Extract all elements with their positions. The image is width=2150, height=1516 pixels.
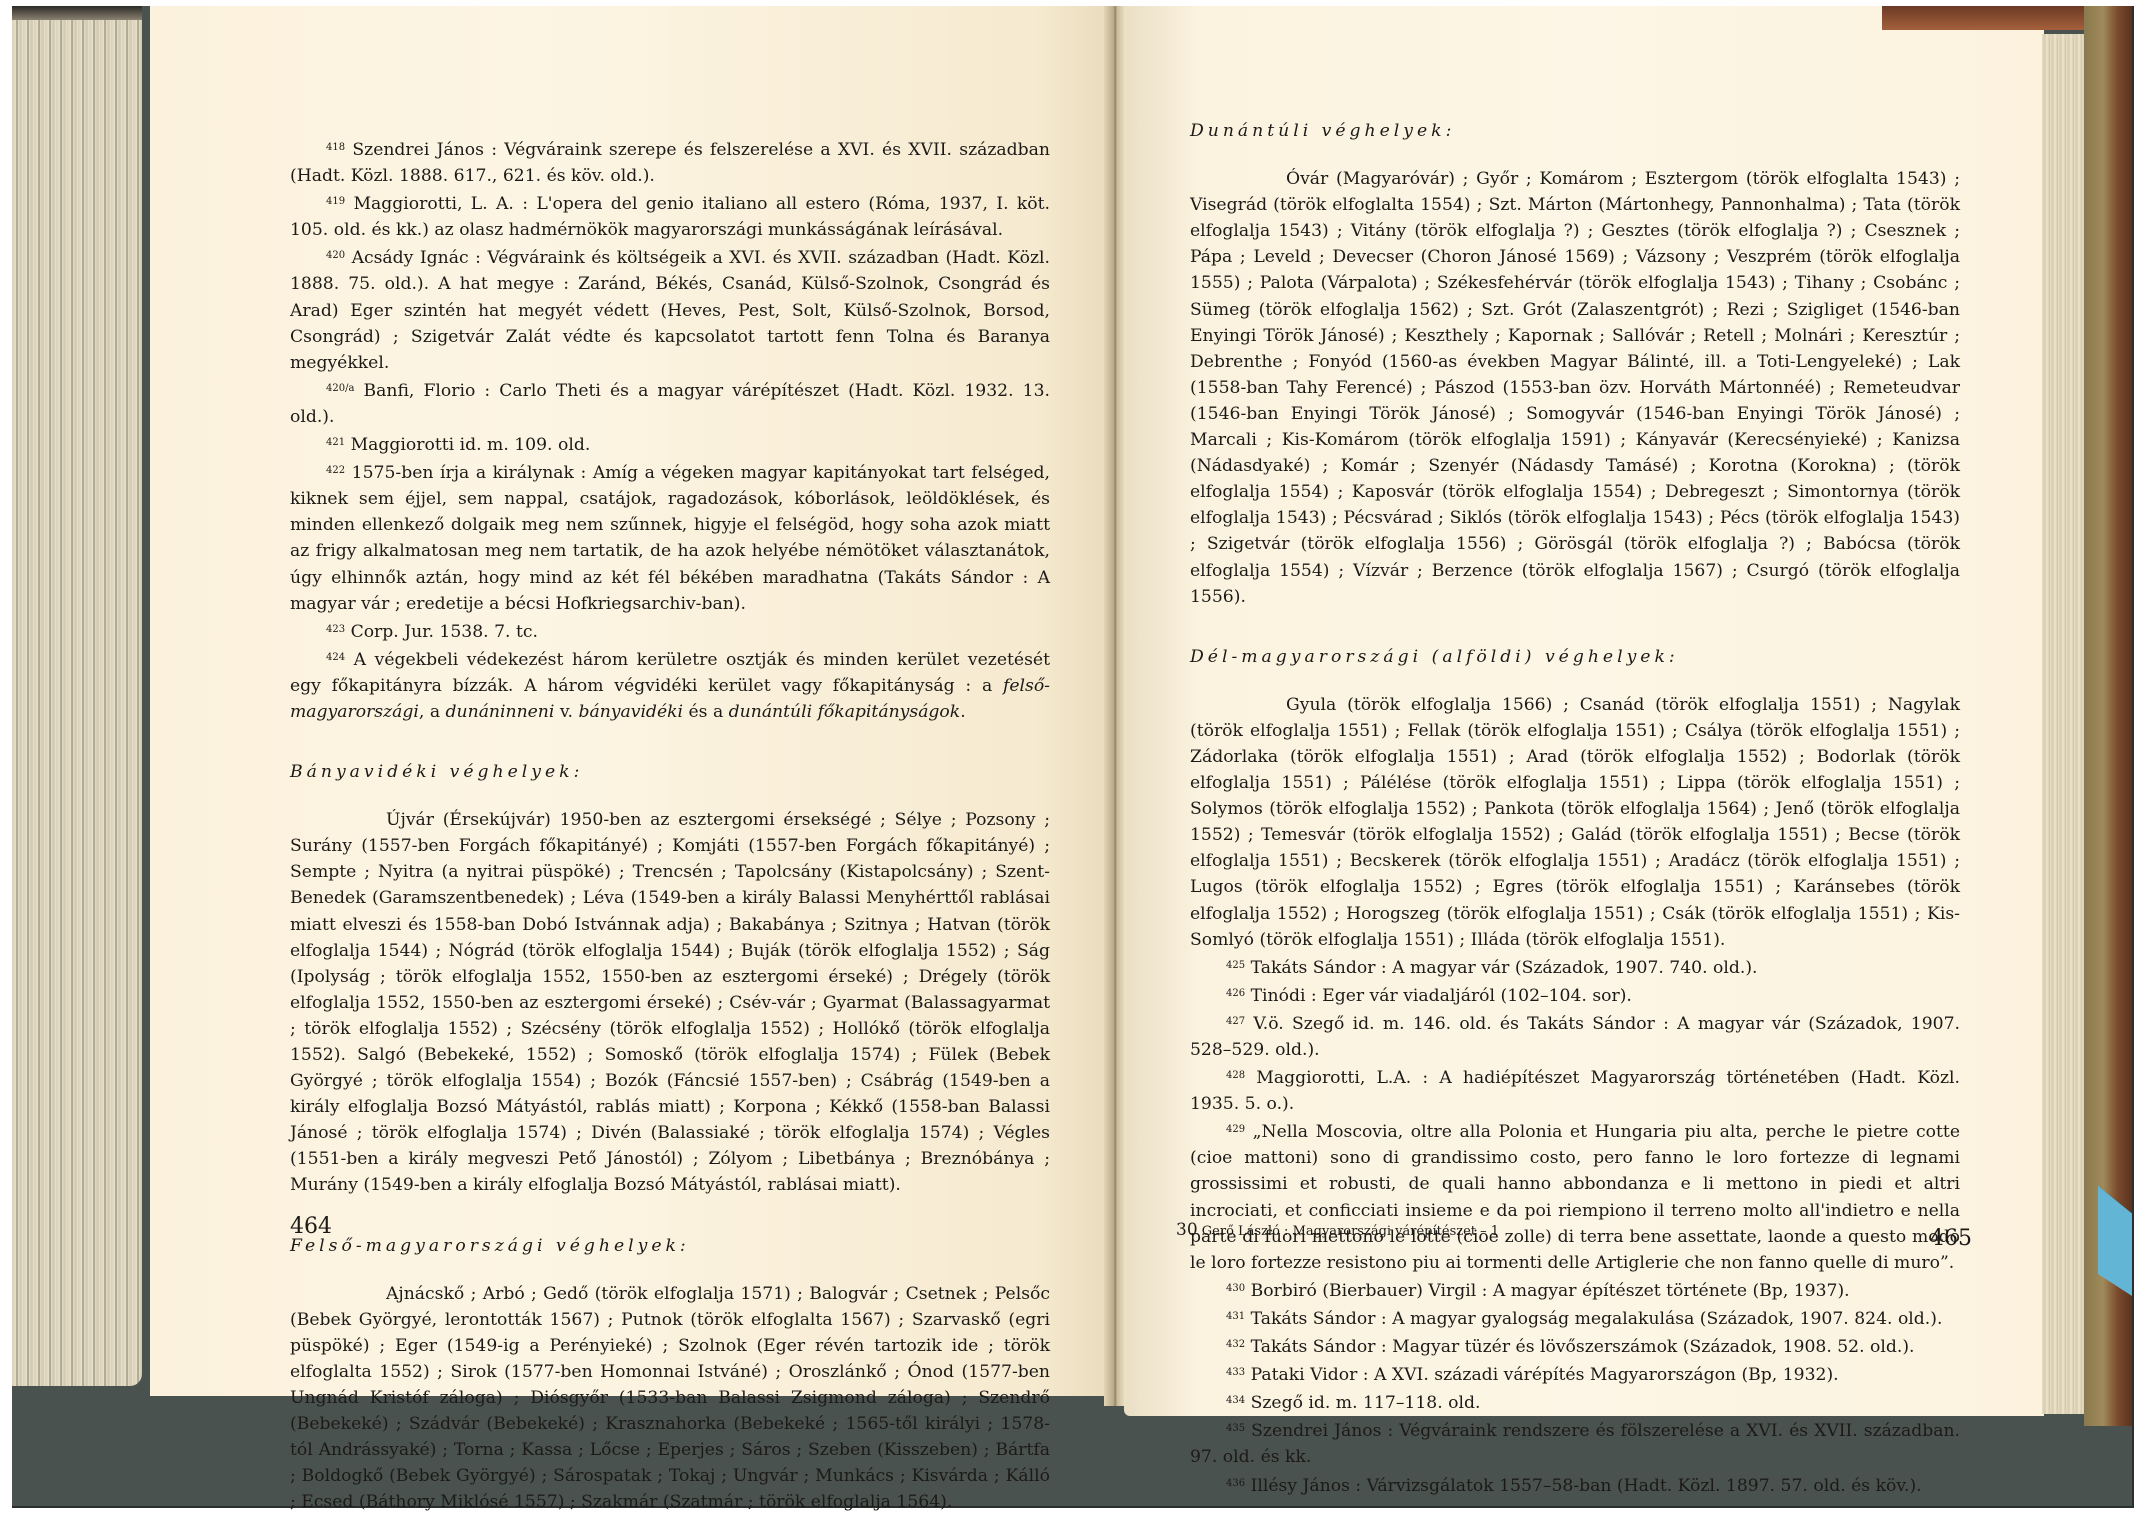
footnote-434: 434 Szegő id. m. 117–118. old. bbox=[1190, 1388, 1960, 1416]
signature-line: 30 Gerő László : Magyarországi várépítés… bbox=[1176, 1220, 1499, 1240]
section-body-felso: Ajnácskő ; Arbó ; Gedő (török elfoglalja… bbox=[290, 1281, 1050, 1516]
footnote-423: 423 Corp. Jur. 1538. 7. tc. bbox=[290, 617, 1050, 645]
section-heading-del: Dél-magyarországi (alföldi) véghelyek: bbox=[1190, 644, 1960, 670]
left-page-edges bbox=[12, 6, 142, 1386]
section-heading-banyavideki: Bányavidéki véghelyek: bbox=[290, 759, 1050, 785]
page-number-left: 464 bbox=[290, 1214, 332, 1239]
footnote-433: 433 Pataki Vidor : A XVI. századi várépí… bbox=[1190, 1360, 1960, 1388]
footnote-420a: 420/a Banfi, Florio : Carlo Theti és a m… bbox=[290, 376, 1050, 430]
section-heading-dunantuli: Dunántúli véghelyek: bbox=[1190, 118, 1960, 144]
footnote-435: 435 Szendrei János : Végváraink rendszer… bbox=[1190, 1416, 1960, 1470]
footnote-431: 431 Takáts Sándor : A magyar gyalogság m… bbox=[1190, 1304, 1960, 1332]
right-page-text: Dunántúli véghelyek: Óvár (Magyaróvár) ;… bbox=[1190, 118, 1960, 1499]
section-heading-felso: Felső-magyarországi véghelyek: bbox=[290, 1233, 1050, 1259]
right-page-edges bbox=[2042, 34, 2084, 1414]
footnote-421: 421 Maggiorotti id. m. 109. old. bbox=[290, 430, 1050, 458]
left-page-text: 418 Szendrei János : Végváraink szerepe … bbox=[290, 135, 1050, 1516]
book-gutter bbox=[1104, 6, 1126, 1406]
footnote-436: 436 Illésy János : Várvizsgálatok 1557–5… bbox=[1190, 1471, 1960, 1499]
page-number-right: 465 bbox=[1930, 1226, 1972, 1251]
footnote-427: 427 V.ö. Szegő id. m. 146. old. és Takát… bbox=[1190, 1009, 1960, 1063]
footnote-418: 418 Szendrei János : Végváraink szerepe … bbox=[290, 135, 1050, 189]
section-body-banyavideki: Újvár (Érsekújvár) 1950-ben az esztergom… bbox=[290, 807, 1050, 1198]
footnote-432: 432 Takáts Sándor : Magyar tüzér és lövő… bbox=[1190, 1332, 1960, 1360]
footnote-426: 426 Tinódi : Eger vár viadaljáról (102–1… bbox=[1190, 981, 1960, 1009]
section-body-dunantuli: Óvár (Magyaróvár) ; Győr ; Komárom ; Esz… bbox=[1190, 166, 1960, 610]
footnote-422: 422 1575-ben írja a királynak : Amíg a v… bbox=[290, 458, 1050, 617]
section-body-del: Gyula (török elfoglalja 1566) ; Csanád (… bbox=[1190, 692, 1960, 953]
footnote-424: 424 A végekbeli védekezést három kerület… bbox=[290, 645, 1050, 725]
footnote-420: 420 Acsády Ignác : Végváraink és költség… bbox=[290, 243, 1050, 375]
footnote-428: 428 Maggiorotti, L.A. : A hadiépítészet … bbox=[1190, 1063, 1960, 1117]
footnote-425: 425 Takáts Sándor : A magyar vár (Század… bbox=[1190, 953, 1960, 981]
footnote-419: 419 Maggiorotti, L. A. : L'opera del gen… bbox=[290, 189, 1050, 243]
footnote-429: 429 „Nella Moscovia, oltre alla Polonia … bbox=[1190, 1117, 1960, 1276]
footnote-430: 430 Borbiró (Bierbauer) Virgil : A magya… bbox=[1190, 1276, 1960, 1304]
